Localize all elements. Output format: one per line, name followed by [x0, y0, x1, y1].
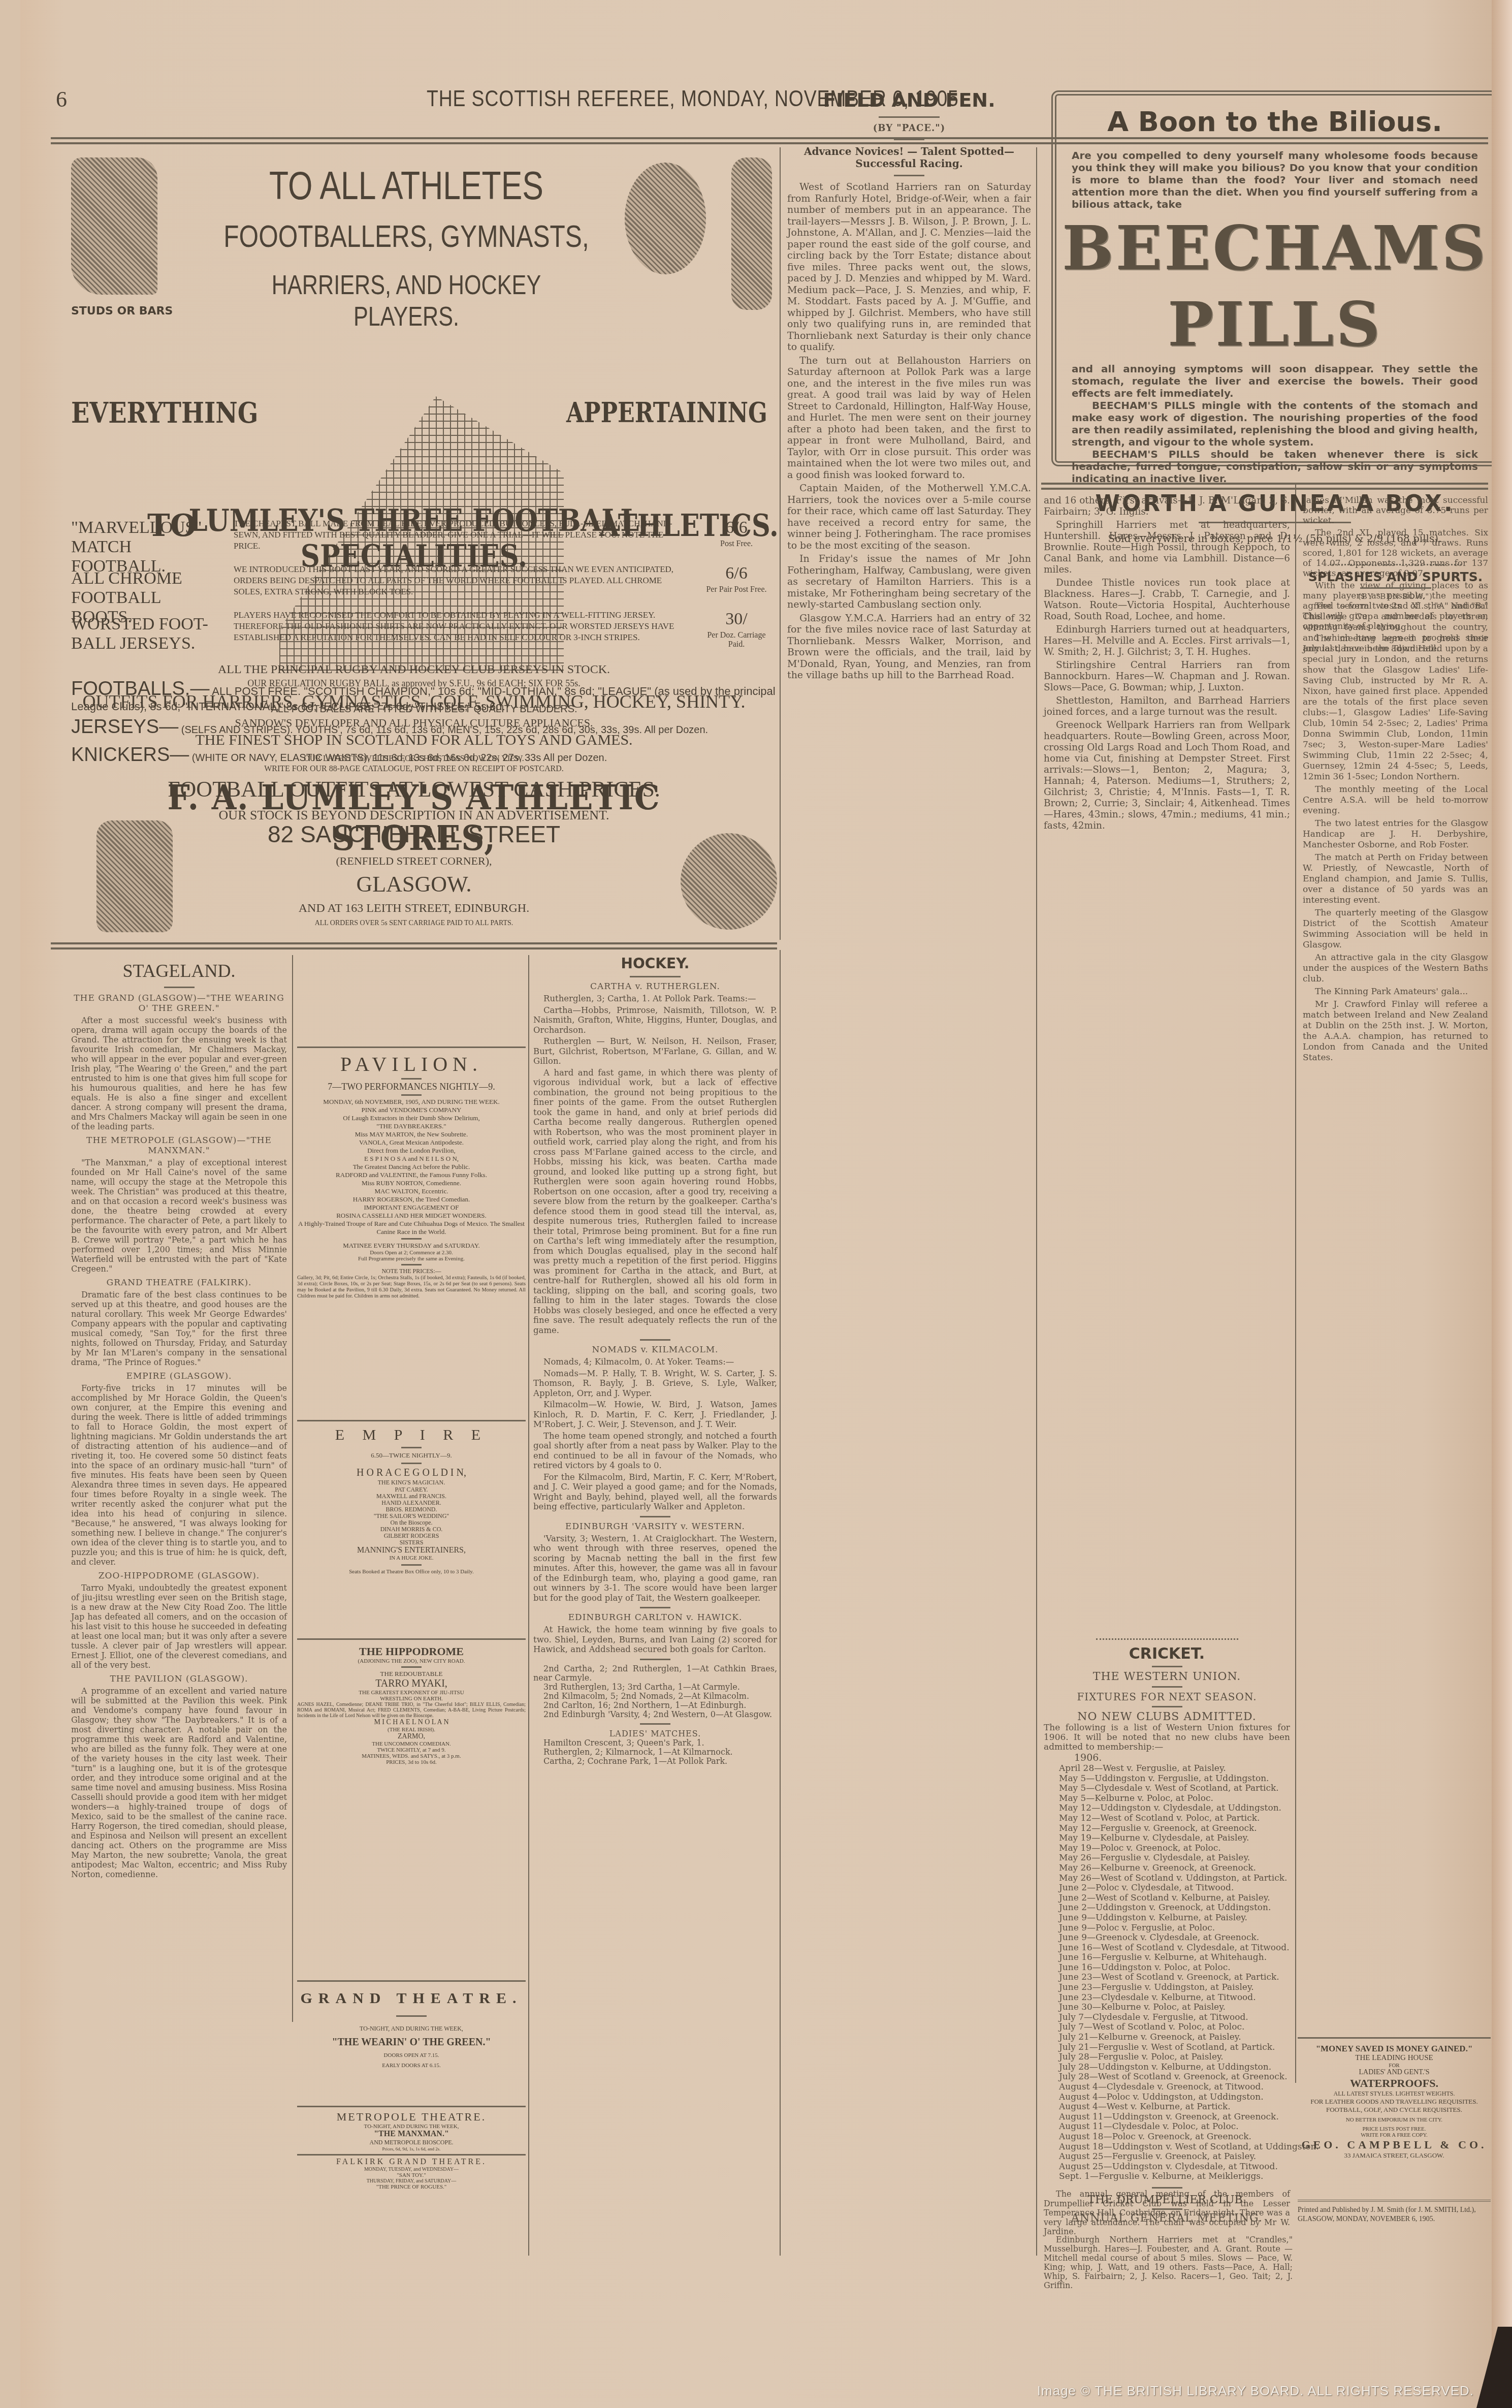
ad-line: NO BETTER EMPORIUM IN THE CITY. [1298, 2117, 1491, 2123]
headline-to-all-athletes: TO ALL ATHLETES [240, 163, 573, 209]
football-boot-illustration [71, 157, 157, 295]
ad-line: ZARMO, [297, 1733, 526, 1741]
ad-act-line: E S P I N O S A and N E I L S O N, [297, 1155, 526, 1163]
ad-play: "THE PRINCE OF ROGUES." [297, 2184, 526, 2190]
carriage-note: ALL ORDERS OVER 5s SENT CARRIAGE PAID TO… [51, 920, 777, 928]
wavy-divider [1096, 1638, 1238, 1640]
ladies-results: Hamilton Crescent, 3; Queen's Park, 1.Ru… [533, 1738, 777, 1766]
fixture-row: June 9—Poloc v. Ferguslie, at Poloc. [1059, 1923, 1290, 1934]
divider [1360, 587, 1431, 589]
fixture-row: May 19—Poloc v. Greenock, at Poloc. [1059, 1844, 1290, 1854]
fixture-row: May 26—Ferguslie v. Clydesdale, at Paisl… [1059, 1853, 1290, 1863]
ad-line: WRESTLING ON EARTH. [297, 1696, 526, 1702]
ad-title: PAVILION. [297, 1052, 526, 1076]
ad-line: LADIES' AND GENT.'S [1298, 2069, 1491, 2077]
match-text: For the Kilmacolm, Bird, Martin, F. C. K… [533, 1472, 777, 1512]
divider [1199, 143, 1351, 144]
hockey-column: HOCKEY. CARTHA v. RUTHERGLEN.Rutherglen,… [533, 955, 777, 1766]
ad-title: FALKIRK GRAND THEATRE. [297, 2158, 526, 2167]
divider [640, 1723, 670, 1725]
item-head: EMPIRE (GLASGOW). [71, 1371, 287, 1381]
ad-acts: AGNES HAZEL, Comedienne; DEANE TRIBE TRI… [297, 1702, 526, 1719]
beechams-pills-ad: A Boon to the Bilious. Are you compelled… [1051, 90, 1498, 466]
fixture-row: June 16—West of Scotland v. Clydesdale, … [1059, 1943, 1290, 1953]
divider [401, 1094, 422, 1096]
ad-acts: PAT CAREY.MAXWELL and FRANCIS.HANID ALEX… [297, 1486, 526, 1546]
column-divider [1295, 483, 1296, 2083]
fixture-row: August 25—Uddingston v. Clydesdale, at T… [1059, 2162, 1290, 2172]
ad-play: "SAN TOY." [297, 2172, 526, 2178]
ad-line: PRICE LISTS POST FREE. [1298, 2126, 1491, 2132]
ad-line: FOOTBALL, GOLF, AND CYCLE REQUISITES. [1298, 2106, 1491, 2114]
item-body: Tarro Myaki, undoubtedly the greatest ex… [71, 1583, 287, 1670]
novelties-line: OUR LATEST NOVELTIES FOR CHRISTMAS NOW O… [51, 754, 777, 764]
outfits-line: OUTFITS FOR HARRIERS, GYMNASTICS, GOLF, … [51, 691, 777, 712]
cricket-section: CRICKET. THE WESTERN UNION. FIXTURES FOR… [1044, 1638, 1290, 2225]
divider [401, 1564, 422, 1566]
campbell-waterproofs-ad: "MONEY SAVED IS MONEY GAINED." THE LEADI… [1298, 2037, 1491, 2160]
ad-slogan: "MONEY SAVED IS MONEY GAINED." [1298, 2044, 1491, 2054]
ad-line: THE GREATEST EXPONENT OF JIU-JITSU [297, 1690, 526, 1696]
falkirk-theatre-ad: FALKIRK GRAND THEATRE. MONDAY, TUESDAY, … [297, 2154, 526, 2190]
fixture-row: June 9—Greenock v. Clydesdale, at Greeno… [1059, 1933, 1290, 1943]
ad-line: FOR LEATHER GOODS AND TRAVELLING REQUISI… [1298, 2098, 1491, 2106]
ad-act-line: A Highly-Trained Troupe of Rare and Cute… [297, 1220, 526, 1236]
newspaper-page: 6 THE SCOTTISH REFEREE, MONDAY, NOVEMBER… [20, 0, 1496, 2408]
ad-line: TWICE NIGHTLY, at 7 and 9. [297, 1747, 526, 1753]
fixture-row: June 23—Ferguslie v. Uddingston, at Pais… [1059, 1983, 1290, 1993]
ad-line: TO-NIGHT, AND DURING THE WEEK, [297, 2124, 526, 2130]
specialities-list: "MARVELLOUS" MATCH FOOTBALL. THE CHEAPES… [71, 518, 777, 660]
subhead: THE WESTERN UNION. [1044, 1670, 1290, 1683]
divider [401, 1238, 422, 1240]
everything-label: EVERYTHING [71, 396, 258, 430]
divider [640, 1516, 670, 1517]
shield-emblem-illustration [625, 163, 706, 274]
article-body: West of Scotland Harriers ran on Saturda… [787, 181, 1031, 681]
article-title: FIELD AND FEN. [787, 89, 1031, 111]
ad-line: AND METROPOLE BIOSCOPE. [297, 2139, 526, 2146]
fixture-row: April 28—West v. Ferguslie, at Paisley. [1059, 1764, 1290, 1774]
headline-footballers: FOOOTBALLERS, GYMNASTS, [211, 218, 601, 255]
divider [297, 1047, 526, 1048]
intro-text: The following is a list of Western Union… [1044, 1723, 1290, 1752]
ad-title: GRAND THEATRE. [297, 1990, 526, 2007]
harriers-column: and 16 others. First arrivals—1, J. B. M… [1044, 495, 1290, 834]
divider [640, 1607, 670, 1608]
fixture-row: July 21—Ferguslie v. West of Scotland, a… [1059, 2043, 1290, 2053]
wavy-divider [1330, 564, 1462, 565]
fixture-row: May 5—Uddingston v. Ferguslie, at Udding… [1059, 1774, 1290, 1784]
pavilion-ad: PAVILION. 7—TWO PERFORMANCES NIGHTLY—9. … [297, 1047, 526, 1300]
ad-title: E M P I R E [297, 1427, 526, 1444]
fixture-row: June 2—Uddingston v. Greenock, at Udding… [1059, 1903, 1290, 1913]
sandow-line: SANDOW'S DEVELOPER AND ALL PHYSICAL CULT… [51, 716, 777, 730]
fixture-row: August 4—Poloc v. Uddingston, at Uddings… [1059, 2093, 1290, 2103]
fixture-row: August 11—Uddingston v. Greenock, at Gre… [1059, 2112, 1290, 2122]
ad-line: IN A HUGE JOKE. [297, 1555, 526, 1561]
copyright-watermark: Image © THE BRITISH LIBRARY BOARD. ALL R… [1037, 2383, 1474, 2399]
item-body: Forty-five tricks in 17 minutes will be … [71, 1383, 287, 1567]
fixture-row: May 19—Kelburne v. Clydesdale, at Paisle… [1059, 1833, 1290, 1844]
ad-line: TO-NIGHT, AND DURING THE WEEK, [297, 2025, 526, 2033]
ad-line: DOORS OPEN AT 7.15. [297, 2052, 526, 2058]
store-city: GLASGOW. [51, 871, 777, 897]
divider [894, 175, 924, 176]
store-address: 82 SAUCHIEHALL STREET [51, 820, 777, 848]
finest-shop-line: THE FINEST SHOP IN SCOTLAND FOR ALL TOYS… [51, 732, 777, 749]
divider [640, 1339, 670, 1341]
fixture-row: Sept. 1—Ferguslie v. Kelburne, at Meikle… [1059, 2172, 1290, 2182]
matinee-line: Full Programme precisely the same as Eve… [297, 1256, 526, 1262]
match-text: The home team opened strongly, and notch… [533, 1431, 777, 1471]
fixture-row: June 30—Kelburne v. Poloc, at Paisley. [1059, 2003, 1290, 2013]
divider [1152, 1686, 1182, 1688]
ad-play: "THE MANXMAN." [297, 2130, 526, 2139]
subhead: LADIES' MATCHES. [533, 1729, 777, 1738]
match-text: Cartha—Hobbs, Primrose, Naismith, Tillot… [533, 1005, 777, 1035]
ad-location: (ADJOINING THE ZOO), NEW CITY ROAD. [297, 1658, 526, 1664]
speciality-price: 6/6 [706, 518, 767, 537]
ad-date: MONDAY, 6th NOVEMBER, 1905, AND DURING T… [297, 1098, 526, 1106]
company-name: GEO. CAMPBELL & CO. [1298, 2138, 1491, 2151]
ad-body: and all annoying symptoms will soon disa… [1056, 363, 1493, 399]
divider [1152, 2187, 1182, 2189]
item-body: A programme of an excellent and varied n… [71, 1686, 287, 1879]
article-title: SPLASHES AND SPURTS. [1303, 569, 1488, 584]
speciality-desc: THE CHEAPEST BALL MADE FROM REAL HIDE EV… [234, 518, 691, 552]
page-number: 6 [56, 86, 67, 112]
store-corner: (RENFIELD STREET CORNER), [51, 854, 777, 868]
fixtures-year: 1906. [1044, 1752, 1290, 1764]
fixture-row: July 28—West of Scotland v. Greenock, at… [1059, 2072, 1290, 2082]
fixture-row: August 25—Ferguslie v. Greenock, at Pais… [1059, 2152, 1290, 2162]
item-head: THE PAVILION (GLASGOW). [71, 1674, 287, 1684]
match-head: NOMADS v. KILMACOLM. [533, 1345, 777, 1355]
speciality-price-note: Per Doz. Carriage Paid. [706, 631, 767, 649]
match-text: At Hawick, the home team winning by five… [533, 1625, 777, 1655]
ad-body: BEECHAM'S PILLS mingle with the contents… [1056, 399, 1493, 448]
column-divider [780, 147, 781, 940]
match-text: Rutherglen, 3; Cartha, 1. At Pollok Park… [533, 994, 777, 1004]
fixture-row: June 23—Clydesdale v. Kelburne, at Titwo… [1059, 1993, 1290, 2003]
fixture-row: August 4—West v. Kelburne, at Partick. [1059, 2102, 1290, 2112]
result-row: 2nd Carlton, 16; 2nd Northern, 1—At Edin… [533, 1701, 777, 1710]
fixture-row: June 9—Uddingston v. Kelburne, at Paisle… [1059, 1913, 1290, 1923]
item-body: Dramatic fare of the best class continue… [71, 1290, 287, 1367]
ad-line: EARLY DOORS AT 6.15. [297, 2063, 526, 2069]
store-edinburgh: AND AT 163 LEITH STREET, EDINBURGH. [51, 902, 777, 915]
divider [630, 976, 681, 977]
section-title: CRICKET. [1044, 1645, 1290, 1663]
ad-act-line: MAC WALTON, Eccentric. [297, 1187, 526, 1195]
ad-line: FOR [1298, 2063, 1491, 2069]
ad-act-line: Direct from the London Pavilion, [297, 1147, 526, 1155]
divider [879, 116, 940, 118]
divider [396, 2015, 427, 2017]
speciality-price-note: Post Free. [706, 540, 767, 549]
star-sub: THE KING'S MAGICIAN. [297, 1479, 526, 1486]
column-divider [528, 955, 529, 2256]
rugby-jerseys-line: ALL THE PRINCIPAL RUGBY AND HOCKEY CLUB … [51, 663, 777, 677]
divider [401, 1666, 422, 1668]
metropole-theatre-ad: METROPOLE THEATRE. TO-NIGHT, AND DURING … [297, 2106, 526, 2151]
section-rule [51, 942, 777, 949]
divider [1152, 1666, 1182, 1667]
divider [401, 1463, 422, 1464]
hockey-matches: CARTHA v. RUTHERGLEN.Rutherglen, 3; Cart… [533, 981, 777, 1655]
hippodrome-ad: THE HIPPODROME (ADJOINING THE ZOO), NEW … [297, 1638, 526, 1765]
section-title: HOCKEY. [533, 955, 777, 972]
ad-act-line: The Greatest Dancing Act before the Publ… [297, 1163, 526, 1171]
speciality-desc: WE INTRODUCED THIS BOOT LAST YEAR, AND S… [234, 564, 691, 597]
match-text: Nomads, 4; Kilmacolm, 0. At Yoker. Teams… [533, 1357, 777, 1367]
ad-line: M I C H A E L N O L A N [297, 1719, 526, 1727]
ad-line: THE UNCOMMON COMEDIAN. [297, 1741, 526, 1747]
fixture-row: May 5—Clydesdale v. West of Scotland, at… [1059, 1784, 1290, 1794]
fixture-row: June 23—West of Scotland v. Greenock, at… [1059, 1973, 1290, 1983]
fixture-row: June 2—Poloc v. Clydesdale, at Titwood. [1059, 1883, 1290, 1893]
result-row: 2nd Cartha, 2; 2nd Rutherglen, 1—At Cath… [533, 1664, 777, 1683]
divider [894, 139, 924, 140]
harriers-continued: Edinburgh Northern Harriers met at "Cran… [1044, 2235, 1293, 2292]
ad-times: 6.50—TWICE NIGHTLY—9. [297, 1451, 526, 1460]
matinee-line: MATINEE EVERY THURSDAY and SATURDAY. [297, 1242, 526, 1250]
ad-act-line: RADFORD and VALENTINE, the Famous Funny … [297, 1171, 526, 1179]
match-head: EDINBURGH CARLTON v. HAWICK. [533, 1612, 777, 1623]
boot-caption: STUDS OR BARS [71, 305, 173, 318]
fixture-row: July 7—West of Scotland v. Poloc, at Pol… [1059, 2022, 1290, 2033]
item-head: GRAND THEATRE (FALKIRK). [71, 1278, 287, 1288]
ad-act-line: Miss MAY MARTON, the New Soubrette. [297, 1130, 526, 1138]
drumpellier-text: The annual general meeting of the member… [1044, 2190, 1290, 2239]
item-body: "The Manxman," a play of exceptional int… [71, 1158, 287, 1274]
byline: (BY "PACE.") [787, 123, 1031, 134]
fixture-row: June 2—West of Scotland v. Kelburne, at … [1059, 1893, 1290, 1904]
ad-times: 7—TWO PERFORMANCES NIGHTLY—9. [297, 1082, 526, 1092]
prices-text: Gallery, 3d; Pit, 6d; Entire Circle, 1s;… [297, 1275, 526, 1300]
fixture-row: July 28—Ferguslie v. Poloc, at Paisley. [1059, 2052, 1290, 2063]
column-divider [780, 950, 781, 2256]
byline: (BY "BEN BOW.") [1303, 592, 1488, 601]
divider [1152, 1706, 1182, 1707]
divider [401, 1264, 422, 1265]
result-row: 2nd Edinburgh 'Varsity, 4; 2nd Western, … [533, 1710, 777, 1719]
hockey-results: 2nd Cartha, 2; 2nd Rutherglen, 1—At Cath… [533, 1664, 777, 1719]
company-address: 33 JAMAICA STREET, GLASGOW. [1298, 2151, 1491, 2160]
speciality-price: 6/6 [706, 564, 767, 583]
ad-title: THE HIPPODROME [297, 1645, 526, 1658]
match-text: A hard and fast game, in which there was… [533, 1068, 777, 1336]
match-head: CARTHA v. RUTHERGLEN. [533, 981, 777, 992]
splashes-and-spurts-article: SPLASHES AND SPURTS. (BY "BEN BOW.") The… [1303, 564, 1488, 1065]
ad-act-line: Of Laugh Extractors in their Dumb Show D… [297, 1114, 526, 1122]
item-head: ZOO-HIPPODROME (GLASGOW). [71, 1571, 287, 1581]
footballer-illustration [731, 157, 772, 310]
ad-act-line: SISTERS [297, 1539, 526, 1546]
ad-line: ALL LATEST STYLES. LIGHTEST WEIGHTS. [1298, 2090, 1491, 2098]
ad-headline: WATERPROOFS. [1298, 2077, 1491, 2090]
ad-intro: Are you compelled to deny yourself many … [1056, 149, 1493, 210]
ad-line: THE REDOUBTABLE [297, 1670, 526, 1678]
ad-body: BEECHAM'S PILLS should be taken whenever… [1056, 448, 1493, 485]
result-row: 3rd Rutherglen, 13; 3rd Cartha, 1—At Car… [533, 1683, 777, 1692]
ad-line: Seats Booked at Theatre Box Office only,… [297, 1569, 526, 1575]
subhead: Advance Novices! — Talent Spotted— Succe… [787, 145, 1031, 170]
divider [164, 987, 195, 988]
fixture-row: August 18—Uddingston v. West of Scotland… [1059, 2142, 1290, 2152]
stageland-column: STAGELAND. THE GRAND (GLASGOW)—"THE WEAR… [71, 960, 287, 1879]
item-head: THE METROPOLE (GLASGOW)—"THE MANXMAN." [71, 1135, 287, 1156]
match-head: EDINBURGH 'VARSITY v. WESTERN. [533, 1522, 777, 1532]
speciality-name: WORSTED FOOT-BALL JERSEYS. [71, 615, 223, 653]
match-text: Kilmacolm—W. Howie, W. Bird, J. Watson, … [533, 1400, 777, 1430]
divider [640, 1659, 670, 1660]
appertaining-label: APPERTAINING [566, 396, 767, 429]
fixture-row: July 28—Uddingston v. Kelburne, at Uddin… [1059, 2063, 1290, 2073]
rugby-ball-line: OUR REGULATION RUGBY BALL, as approved b… [51, 678, 777, 689]
fixture-row: August 11—Clydesdale v. Poloc, at Poloc. [1059, 2122, 1290, 2132]
section-title: STAGELAND. [71, 960, 287, 981]
empire-ad: E M P I R E 6.50—TWICE NIGHTLY—9. H O R … [297, 1420, 526, 1575]
article-body: The several tests of the National Challe… [1303, 601, 1488, 1063]
column-divider [1036, 147, 1037, 2256]
catalogue-line: WRITE FOR OUR 88-PAGE CATALOGUE, POST FR… [51, 765, 777, 774]
ad-play: "THE WEARIN' O' THE GREEN." [297, 2037, 526, 2048]
speciality-price-note: Per Pair Post Free. [706, 585, 767, 594]
ad-act-line: "THE DAYBREAKERS." [297, 1122, 526, 1130]
ad-act-line: VANOLA, Great Mexican Antipodeste. [297, 1138, 526, 1147]
fixture-row: July 7—Clydesdale v. Ferguslie, at Titwo… [1059, 2013, 1290, 2023]
fixture-row: August 4—Clydesdale v. Greenock, at Titw… [1059, 2082, 1290, 2093]
fixture-row: May 5—Kelburne v. Poloc, at Poloc. [1059, 1794, 1290, 1804]
grand-theatre-ad: GRAND THEATRE. TO-NIGHT, AND DURING THE … [297, 1980, 526, 2069]
printers-imprint: Printed and Published by J. M. Smith (fo… [1298, 2200, 1491, 2224]
fixture-row: June 16—Uddingston v. Poloc, at Poloc. [1059, 1963, 1290, 1973]
result-row: Cartha, 2; Cochrane Park, 1—At Pollok Pa… [533, 1757, 777, 1766]
ad-title: A Boon to the Bilious. [1056, 106, 1493, 138]
ad-line: WRITE FOR A FREE COPY. [1298, 2132, 1491, 2138]
page-edge [1492, 0, 1512, 2408]
matinee-line: Doors Open at 2; Commence at 2.30. [297, 1250, 526, 1256]
ad-title: METROPOLE THEATRE. [297, 2110, 526, 2124]
ad-line: MANNING'S ENTERTAINERS, [297, 1546, 526, 1555]
speciality-name: "MARVELLOUS" MATCH FOOTBALL. [71, 518, 223, 576]
section-rule [1041, 483, 1488, 490]
ad-act-line: ROSINA CASSELLI AND HER MIDGET WONDERS. [297, 1212, 526, 1220]
result-row: Rutherglen, 2; Kilmarnock, 1—At Kilmarno… [533, 1748, 777, 1757]
fixture-row: July 21—Kelburne v. Greenock, at Paisley… [1059, 2033, 1290, 2043]
brand-name: BEECHAMS PILLS [1056, 210, 1493, 363]
match-text: Nomads—M. P. Hally, T. B. Wright, W. S. … [533, 1369, 777, 1399]
fixture-row: May 12—Ferguslie v. Greenock, at Greenoc… [1059, 1824, 1290, 1834]
stageland-items: THE GRAND (GLASGOW)—"THE WEARING O' THE … [71, 993, 287, 1879]
item-body: After a most successful week's business … [71, 1016, 287, 1131]
fixture-row: May 12—West of Scotland v. Poloc, at Par… [1059, 1814, 1290, 1824]
ad-line: PRICES, 3d to 10s 6d. [297, 1759, 526, 1765]
ad-line: MATINEES, WEDS. and SATYS., at 3 p.m. [297, 1753, 526, 1759]
match-text: Rutherglen — Burt, W. Neilson, H. Neilso… [533, 1036, 777, 1066]
ad-act-line: PINK and VENDOME'S COMPANY [297, 1106, 526, 1114]
star-act: H O R A C E G O L D I N, [297, 1467, 526, 1479]
ad-act-line: HARRY ROGERSON, the Tired Comedian. [297, 1195, 526, 1203]
divider [401, 1447, 422, 1448]
ad-line: THURSDAY, FRIDAY, and SATURDAY— [297, 2178, 526, 2184]
speciality-desc: PLAYERS HAVE RECOGNISED THE COMFORT TO B… [234, 610, 691, 643]
divider [401, 1078, 422, 1080]
fixture-row: August 18—Poloc v. Greenock, at Greenock… [1059, 2132, 1290, 2142]
result-row: 2nd Kilmacolm, 5; 2nd Nomads, 2—At Kilma… [533, 1692, 777, 1701]
subhead: NO NEW CLUBS ADMITTED. [1044, 1710, 1290, 1723]
ad-line: MONDAY, TUESDAY, and WEDNESDAY— [297, 2167, 526, 2172]
headline-harriers: HARRIERS, AND HOCKEY PLAYERS. [228, 269, 585, 332]
field-and-fen-article: FIELD AND FEN. (BY "PACE.") Advance Novi… [787, 89, 1031, 683]
column-divider [292, 955, 293, 2022]
fixture-row: May 26—Kelburne v. Greenock, at Greenock… [1059, 1863, 1290, 1874]
ad-act-line: Miss RUBY NORTON, Comedienne. [297, 1179, 526, 1187]
fixture-row: June 16—Ferguslie v. Kelburne, at Whiteh… [1059, 1953, 1290, 1963]
star-act: TARRO MYAKI, [297, 1678, 526, 1690]
result-row: Hamilton Crescent, 3; Queen's Park, 1. [533, 1738, 777, 1748]
ad-line: (THE REAL IRISH). [297, 1727, 526, 1733]
ad-acts: PINK and VENDOME'S COMPANYOf Laugh Extra… [297, 1106, 526, 1236]
fixture-row: May 12—Uddingston v. Clydesdale, at Uddi… [1059, 1803, 1290, 1814]
prices-head: NOTE THE PRICES:— [297, 1268, 526, 1275]
ad-act-line: IMPORTANT ENGAGEMENT OF [297, 1203, 526, 1212]
ad-line: THE LEADING HOUSE [1298, 2054, 1491, 2063]
fixture-row: May 26—West of Scotland v. Uddingston, a… [1059, 1874, 1290, 1884]
speciality-price: 30/ [706, 610, 767, 629]
ad-line: Prices, 6d, 9d, 1s, 1s 6d, and 2s. [297, 2146, 526, 2151]
match-text: 'Varsity, 3; Western, 1. At Craiglockhar… [533, 1534, 777, 1603]
item-head: THE GRAND (GLASGOW)—"THE WEARING O' THE … [71, 993, 287, 1013]
fixtures-list: April 28—West v. Ferguslie, at Paisley.M… [1044, 1764, 1290, 2182]
subhead: FIXTURES FOR NEXT SEASON. [1044, 1691, 1290, 1703]
